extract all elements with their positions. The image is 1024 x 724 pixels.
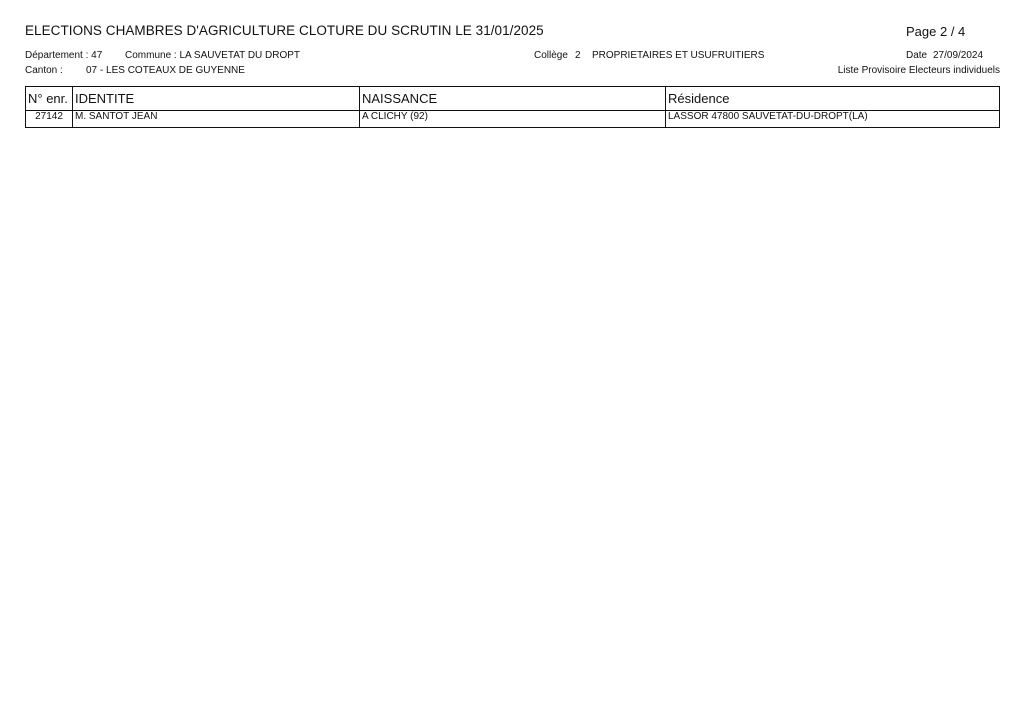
departement: Département : 47 bbox=[25, 50, 102, 61]
college-name: PROPRIETAIRES ET USUFRUITIERS bbox=[592, 50, 764, 61]
cell-residence: LASSOR 47800 SAUVETAT-DU-DROPT(LA) bbox=[666, 111, 1000, 128]
cell-numero: 27142 bbox=[26, 111, 73, 128]
canton-label: Canton : bbox=[25, 65, 63, 76]
electors-table: N° enr. IDENTITE NAISSANCE Résidence 271… bbox=[25, 86, 1000, 128]
column-header-numero: N° enr. bbox=[26, 87, 73, 111]
canton-value: 07 - LES COTEAUX DE GUYENNE bbox=[86, 65, 245, 76]
date-value: 27/09/2024 bbox=[933, 50, 983, 61]
list-type: Liste Provisoire Electeurs individuels bbox=[838, 65, 1000, 76]
cell-identite: M. SANTOT JEAN bbox=[73, 111, 360, 128]
column-header-identite: IDENTITE bbox=[73, 87, 360, 111]
page-number: Page 2 / 4 bbox=[906, 24, 965, 39]
commune: Commune : LA SAUVETAT DU DROPT bbox=[125, 50, 300, 61]
column-header-residence: Résidence bbox=[666, 87, 1000, 111]
college-number: 2 bbox=[575, 50, 581, 61]
table-header-row: N° enr. IDENTITE NAISSANCE Résidence bbox=[26, 87, 1000, 111]
college-label: Collège bbox=[534, 50, 568, 61]
document-title: ELECTIONS CHAMBRES D'AGRICULTURE CLOTURE… bbox=[25, 23, 544, 38]
table-row: 27142 M. SANTOT JEAN A CLICHY (92) LASSO… bbox=[26, 111, 1000, 128]
date-label: Date bbox=[906, 50, 927, 61]
cell-naissance: A CLICHY (92) bbox=[360, 111, 666, 128]
column-header-naissance: NAISSANCE bbox=[360, 87, 666, 111]
